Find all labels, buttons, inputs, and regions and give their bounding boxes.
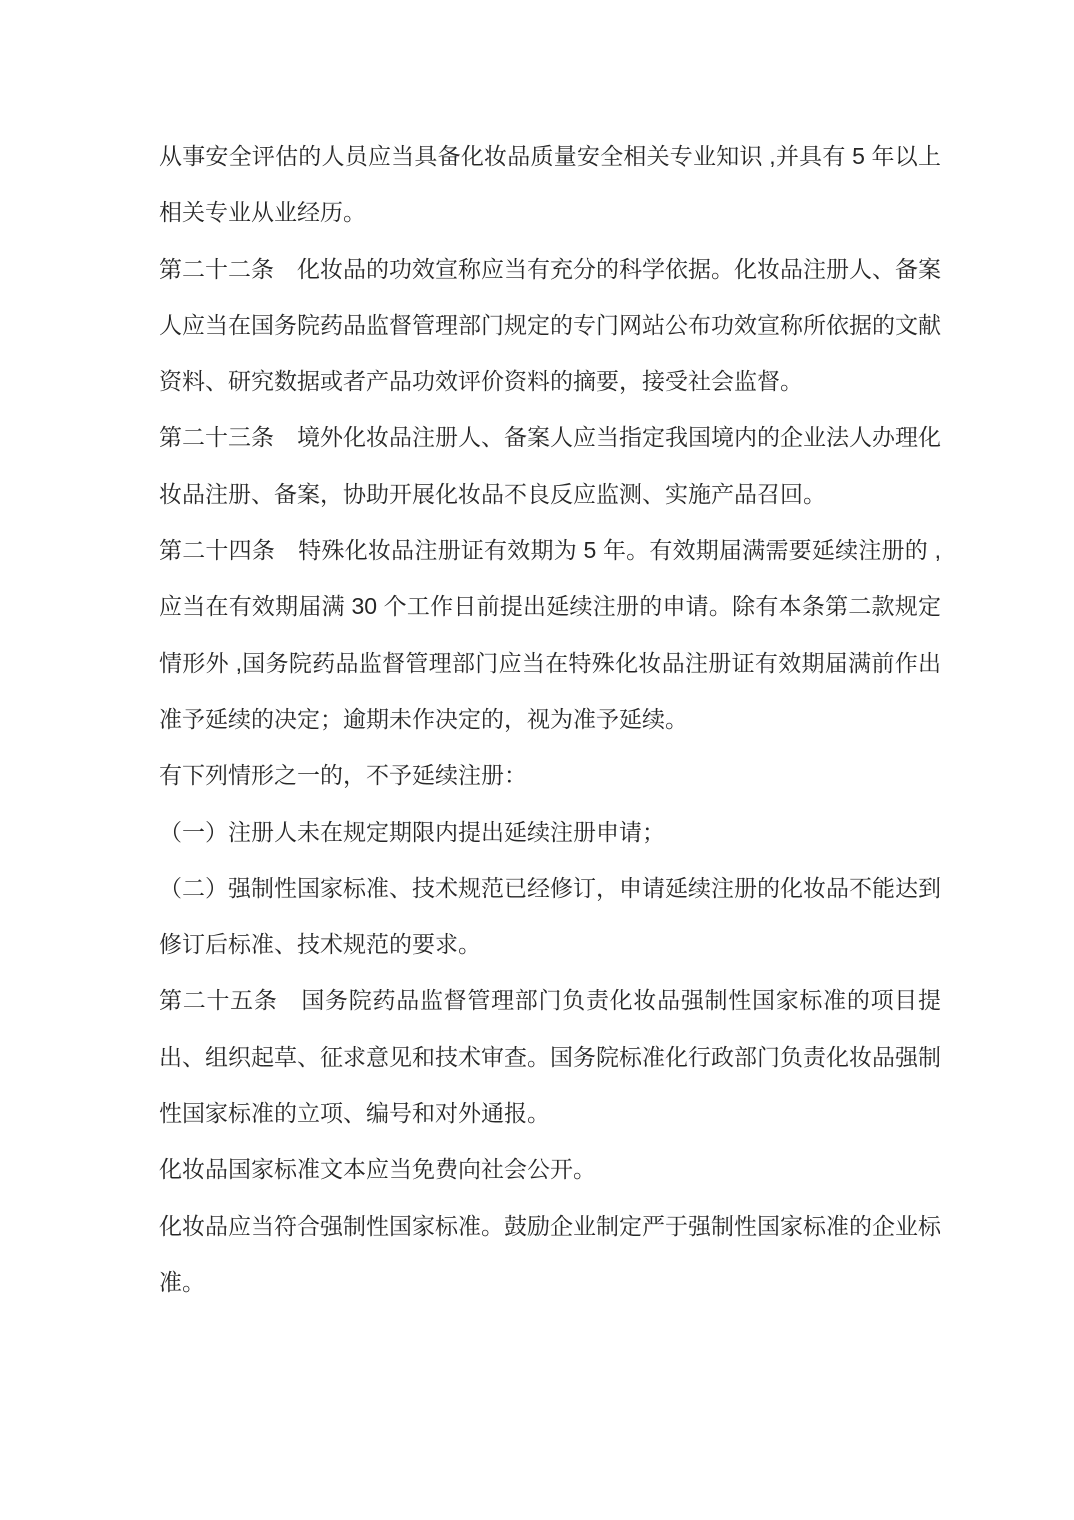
paragraph: 有下列情形之一的，不予延续注册： <box>159 747 941 803</box>
paragraph: （二）强制性国家标准、技术规范已经修订，申请延续注册的化妆品不能达到修订后标准、… <box>159 860 941 973</box>
paragraph: 化妆品国家标准文本应当免费向社会公开。 <box>159 1141 941 1197</box>
paragraph: 第二十二条 化妆品的功效宣称应当有充分的科学依据。化妆品注册人、备案人应当在国务… <box>159 241 941 410</box>
document-page: 从事安全评估的人员应当具备化妆品质量安全相关专业知识 ,并具有 5 年以上相关专… <box>0 0 1074 1520</box>
paragraph: 第二十五条 国务院药品监督管理部门负责化妆品强制性国家标准的项目提出、组织起草、… <box>159 972 941 1141</box>
document-body: 从事安全评估的人员应当具备化妆品质量安全相关专业知识 ,并具有 5 年以上相关专… <box>159 128 941 1310</box>
paragraph: （一）注册人未在规定期限内提出延续注册申请； <box>159 804 941 860</box>
paragraph: 第二十四条 特殊化妆品注册证有效期为 5 年。有效期届满需要延续注册的 ,应当在… <box>159 522 941 747</box>
paragraph: 第二十三条 境外化妆品注册人、备案人应当指定我国境内的企业法人办理化妆品注册、备… <box>159 409 941 522</box>
paragraph: 化妆品应当符合强制性国家标准。鼓励企业制定严于强制性国家标准的企业标准。 <box>159 1198 941 1311</box>
paragraph: 从事安全评估的人员应当具备化妆品质量安全相关专业知识 ,并具有 5 年以上相关专… <box>159 128 941 241</box>
